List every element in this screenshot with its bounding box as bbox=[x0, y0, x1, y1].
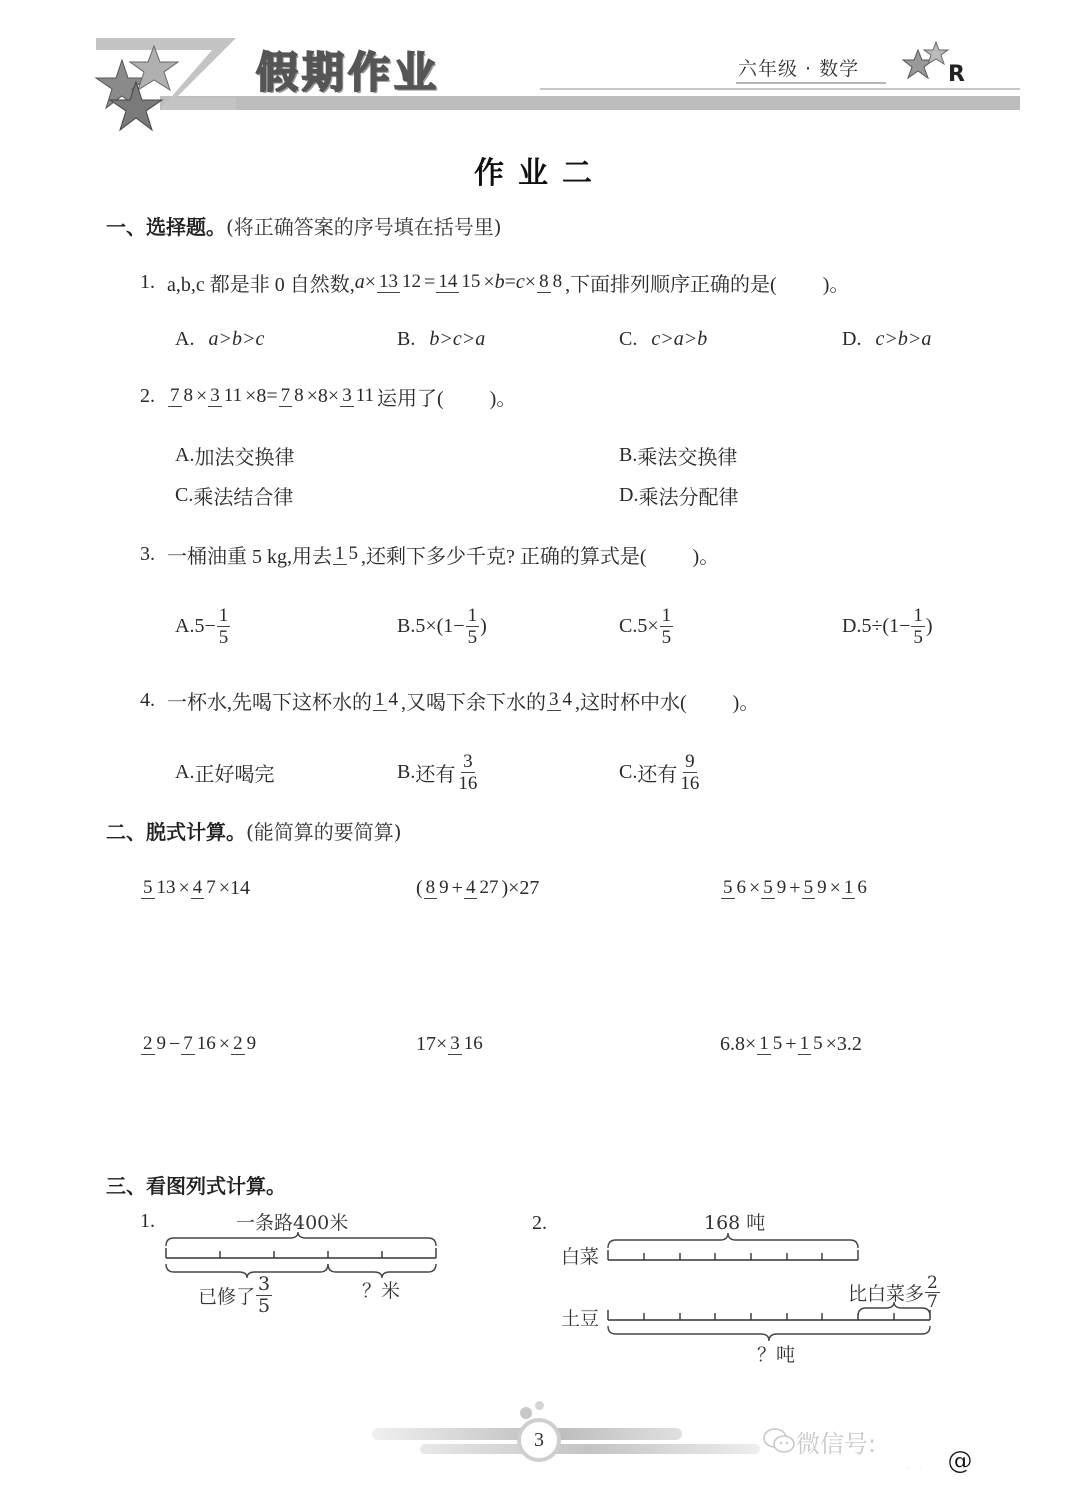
diagram1-unknown-label: ？米 bbox=[362, 1276, 400, 1303]
option-text: 5− bbox=[194, 615, 215, 638]
denominator: 4 bbox=[387, 689, 401, 710]
var-a: a bbox=[355, 271, 365, 294]
question-text: ,这时杯中水( bbox=[575, 686, 687, 715]
op: ×8 bbox=[245, 385, 266, 408]
section2-title: 二、脱式计算。 bbox=[106, 820, 246, 844]
section2-note: (能简算的要简算) bbox=[246, 820, 402, 844]
option-label: C. bbox=[619, 615, 637, 638]
fraction: 15 bbox=[217, 605, 231, 648]
calc-item-3[interactable]: 56×59+59×16 bbox=[720, 860, 870, 916]
q1-option-c[interactable]: C.c>a>b bbox=[619, 328, 707, 351]
wechat-icon bbox=[762, 1426, 796, 1456]
question-text: 一杯水,先喝下这杯水的 bbox=[167, 686, 372, 715]
option-text: 还有 bbox=[637, 758, 677, 787]
option-label: B. bbox=[619, 444, 637, 467]
footer-decor-bar bbox=[420, 1444, 760, 1454]
numerator: 1 bbox=[757, 1033, 771, 1055]
op: ×8× bbox=[307, 385, 340, 408]
op: + bbox=[789, 877, 800, 900]
diagram1-repaired-label: 已修了 35 bbox=[198, 1274, 273, 1317]
op: × bbox=[830, 877, 841, 900]
option-text: 5÷(1− bbox=[861, 615, 910, 638]
denominator: 15 bbox=[459, 271, 482, 292]
fraction: 15 bbox=[660, 605, 674, 648]
numerator: 7 bbox=[279, 385, 293, 407]
option-label: B. bbox=[397, 615, 415, 638]
denominator: 6 bbox=[735, 877, 749, 898]
denominator: 8 bbox=[551, 271, 565, 292]
fraction: 916 bbox=[678, 751, 701, 794]
option-value: 乘法分配律 bbox=[638, 481, 738, 510]
question-text: ,又喝下余下水的 bbox=[401, 686, 546, 715]
numerator: 9 bbox=[683, 751, 697, 773]
header-rule bbox=[540, 88, 1020, 90]
calc-item-6[interactable]: 6.8×15+15×3.2 bbox=[720, 1016, 862, 1072]
numerator: 3 bbox=[340, 385, 354, 407]
series-title: 假期作业 bbox=[256, 40, 440, 100]
numerator: 1 bbox=[911, 605, 925, 627]
question-close: )。 bbox=[733, 686, 760, 715]
numerator: 14 bbox=[436, 271, 459, 293]
option-label: B. bbox=[397, 328, 415, 351]
denominator: 5 bbox=[660, 627, 674, 648]
fraction: 78 bbox=[279, 385, 306, 407]
denominator: 9 bbox=[775, 877, 789, 898]
section1-heading: 一、选择题。(将正确答案的序号填在括号里) bbox=[106, 211, 502, 240]
denominator: 7 bbox=[204, 877, 218, 898]
page-number: 3 bbox=[517, 1418, 561, 1462]
denominator: 5 bbox=[811, 1033, 825, 1054]
numerator: 5 bbox=[721, 877, 735, 899]
wechat-watermark: 微信号: bbox=[796, 1424, 876, 1459]
small-star-icon bbox=[902, 40, 952, 86]
fraction: 15 bbox=[911, 605, 925, 648]
option-value: 乘法结合律 bbox=[193, 481, 293, 510]
q2-option-c[interactable]: C.乘法结合律 bbox=[175, 481, 293, 510]
denominator: 16 bbox=[195, 1033, 218, 1054]
numerator: 2 bbox=[231, 1033, 245, 1055]
op: ×3.2 bbox=[826, 1033, 862, 1056]
denominator: 5 bbox=[911, 627, 925, 648]
option-label: B. bbox=[397, 761, 415, 784]
numerator: 4 bbox=[191, 877, 205, 899]
op: 17× bbox=[416, 1033, 447, 1056]
denominator: 5 bbox=[347, 543, 361, 564]
option-value: c>b>a bbox=[875, 328, 931, 351]
q1-option-b[interactable]: B.b>c>a bbox=[397, 328, 485, 351]
question-text: ,还剩下多少千克? 正确的算式是( bbox=[361, 540, 647, 569]
diagram2-row1-label: 白菜 bbox=[561, 1242, 599, 1269]
fraction: 15 bbox=[333, 543, 360, 565]
option-label: D. bbox=[842, 615, 861, 638]
section1-title: 一、选择题。 bbox=[106, 215, 226, 239]
op: = bbox=[266, 385, 277, 408]
op: ×14 bbox=[219, 877, 250, 900]
fraction: 427 bbox=[464, 877, 501, 899]
op: = bbox=[424, 271, 435, 294]
q3-option-c[interactable]: C.5×15 bbox=[619, 598, 674, 654]
fraction: 88 bbox=[537, 271, 564, 293]
q3-option-d[interactable]: D.5÷(1−15) bbox=[842, 598, 933, 654]
edition-badge: R bbox=[948, 62, 965, 87]
numerator: 5 bbox=[802, 877, 816, 899]
diagram2-bar-model bbox=[600, 1228, 945, 1348]
op: × bbox=[219, 1033, 230, 1056]
q1-option-a[interactable]: A.a>b>c bbox=[175, 328, 264, 351]
denominator: 4 bbox=[561, 689, 575, 710]
option-value: 加法交换律 bbox=[194, 441, 294, 470]
fraction: 316 bbox=[456, 751, 479, 794]
fraction: 29 bbox=[141, 1033, 168, 1055]
question-number: 2. bbox=[140, 385, 155, 408]
option-label: C. bbox=[619, 328, 637, 351]
op: = bbox=[505, 271, 516, 294]
fraction: 47 bbox=[191, 877, 218, 899]
q3-option-a[interactable]: A.5−15 bbox=[175, 598, 231, 654]
option-text: ) bbox=[926, 615, 933, 638]
question-close: )。 bbox=[823, 268, 850, 297]
option-label: C. bbox=[175, 484, 193, 507]
numerator: 1 bbox=[466, 605, 480, 627]
numerator: 1 bbox=[842, 877, 856, 899]
section2-heading: 二、脱式计算。(能简算的要简算) bbox=[106, 816, 402, 845]
op: )×27 bbox=[501, 877, 539, 900]
numerator: 7 bbox=[168, 385, 182, 407]
fraction: 56 bbox=[721, 877, 748, 899]
question-text: a,b,c 都是非 0 自然数, bbox=[167, 268, 355, 297]
fraction: 34 bbox=[547, 689, 574, 711]
diagram1-total-label: 一条路400米 bbox=[236, 1208, 348, 1235]
question-2: 2. 78 × 311 ×8= 78 ×8× 311 运用了()。 bbox=[140, 368, 516, 424]
fraction: 78 bbox=[168, 385, 195, 407]
q4-option-c[interactable]: C.还有916 bbox=[619, 744, 702, 800]
op: + bbox=[785, 1033, 796, 1056]
op: × bbox=[179, 877, 190, 900]
denominator: 16 bbox=[462, 1033, 485, 1054]
option-text: 还有 bbox=[415, 758, 455, 787]
denominator: 5 bbox=[466, 627, 480, 648]
footer-decor-dot bbox=[520, 1407, 532, 1419]
grade-subject-label: 六年级 · 数学 bbox=[738, 54, 859, 81]
fraction: 15 bbox=[757, 1033, 784, 1055]
op: × bbox=[365, 271, 376, 294]
op: × bbox=[749, 877, 760, 900]
calc-item-1[interactable]: 513×47×14 bbox=[140, 860, 250, 916]
numerator: 7 bbox=[181, 1033, 195, 1055]
question-1: 1. a,b,c 都是非 0 自然数, a× 1312 = 1415 ×b=c×… bbox=[140, 254, 849, 310]
numerator: 5 bbox=[141, 877, 155, 899]
fraction: 15 bbox=[466, 605, 480, 648]
op: × bbox=[196, 385, 207, 408]
option-label: D. bbox=[842, 328, 861, 351]
q2-option-a[interactable]: A.加法交换律 bbox=[175, 441, 294, 470]
section3-heading: 三、看图列式计算。 bbox=[106, 1170, 286, 1199]
denominator: 9 bbox=[155, 1033, 169, 1054]
numerator: 1 bbox=[373, 689, 387, 711]
op: 6.8× bbox=[720, 1033, 756, 1056]
q4-option-a[interactable]: A.正好喝完 bbox=[175, 744, 274, 800]
diagram2-unknown-label: ？吨 bbox=[757, 1340, 795, 1367]
question-close: )。 bbox=[693, 540, 720, 569]
numerator: 1 bbox=[217, 605, 231, 627]
q2-option-d[interactable]: D.乘法分配律 bbox=[619, 481, 738, 510]
question-number: 1. bbox=[140, 271, 155, 294]
grade-underline bbox=[736, 82, 886, 84]
option-label: A. bbox=[175, 444, 194, 467]
option-value: b>c>a bbox=[429, 328, 485, 351]
numerator: 2 bbox=[141, 1033, 155, 1055]
numerator: 3 bbox=[547, 689, 561, 711]
star-cluster-icon bbox=[92, 42, 192, 132]
q4-option-b[interactable]: B.还有316 bbox=[397, 744, 480, 800]
footer-decor-dot bbox=[535, 1401, 544, 1410]
page-title: 作业二 bbox=[0, 148, 1080, 192]
fraction: 14 bbox=[373, 689, 400, 711]
denominator: 8 bbox=[292, 385, 306, 406]
fraction: 1415 bbox=[436, 271, 482, 293]
fraction: 59 bbox=[761, 877, 788, 899]
numerator: 4 bbox=[464, 877, 478, 899]
question-text: ,下面排列顺序正确的是( bbox=[565, 268, 777, 297]
section3-title: 三、看图列式计算。 bbox=[106, 1174, 286, 1198]
question-text: 一桶油重 5 kg,用去 bbox=[167, 540, 332, 569]
question-close: )。 bbox=[490, 382, 517, 411]
option-value: c>a>b bbox=[651, 328, 707, 351]
fraction: 89 bbox=[424, 877, 451, 899]
q2-option-b[interactable]: B.乘法交换律 bbox=[619, 441, 737, 470]
denominator: 9 bbox=[437, 877, 451, 898]
op: − bbox=[169, 1033, 180, 1056]
var-c: c bbox=[516, 271, 525, 294]
numerator: 3 bbox=[461, 751, 475, 773]
var-b: b bbox=[495, 271, 505, 294]
site-watermark: 头条 @东龙网 bbox=[886, 1440, 1051, 1477]
denominator: 5 bbox=[217, 627, 231, 648]
numerator: 13 bbox=[377, 271, 400, 293]
option-label: A. bbox=[175, 615, 194, 638]
question-4: 4. 一杯水,先喝下这杯水的 14 ,又喝下余下水的 34 ,这时杯中水()。 bbox=[140, 672, 759, 728]
denominator: 9 bbox=[245, 1033, 259, 1054]
denominator: 11 bbox=[354, 385, 376, 406]
fraction: 16 bbox=[842, 877, 869, 899]
op: + bbox=[452, 877, 463, 900]
fraction: 15 bbox=[798, 1033, 825, 1055]
denominator: 6 bbox=[855, 877, 869, 898]
fraction: 316 bbox=[448, 1033, 485, 1055]
numerator: 1 bbox=[660, 605, 674, 627]
numerator: 5 bbox=[761, 877, 775, 899]
denominator: 5 bbox=[771, 1033, 785, 1054]
numerator: 8 bbox=[537, 271, 551, 293]
q1-option-d[interactable]: D.c>b>a bbox=[842, 328, 931, 351]
denominator: 27 bbox=[477, 877, 500, 898]
fraction: 513 bbox=[141, 877, 178, 899]
calc-item-2[interactable]: (89+427)×27 bbox=[416, 860, 539, 916]
fraction: 716 bbox=[181, 1033, 218, 1055]
denominator: 5 bbox=[256, 1296, 272, 1317]
denominator: 16 bbox=[456, 773, 479, 794]
diagram2-row2-label: 土豆 bbox=[561, 1304, 599, 1331]
denominator: 9 bbox=[815, 877, 829, 898]
option-value: a>b>c bbox=[208, 328, 264, 351]
diagram1-number: 1. bbox=[140, 1210, 155, 1233]
option-text: 5× bbox=[637, 615, 658, 638]
question-text: 运用了( bbox=[377, 382, 444, 411]
label-text: 已修了 bbox=[198, 1282, 255, 1309]
question-number: 4. bbox=[140, 689, 155, 712]
denominator: 13 bbox=[155, 877, 178, 898]
option-text: 正好喝完 bbox=[194, 758, 274, 787]
fraction: 59 bbox=[802, 877, 829, 899]
option-text: ) bbox=[480, 615, 487, 638]
numerator: 3 bbox=[448, 1033, 462, 1055]
q3-option-b[interactable]: B.5×(1−15) bbox=[397, 598, 487, 654]
numerator: 1 bbox=[333, 543, 347, 565]
op: ( bbox=[416, 877, 423, 900]
numerator: 1 bbox=[798, 1033, 812, 1055]
fraction: 311 bbox=[340, 385, 376, 407]
op: × bbox=[525, 271, 536, 294]
numerator: 3 bbox=[208, 385, 222, 407]
fraction: 35 bbox=[256, 1274, 272, 1317]
op: × bbox=[483, 271, 494, 294]
question-3: 3. 一桶油重 5 kg,用去 15 ,还剩下多少千克? 正确的算式是()。 bbox=[140, 526, 719, 582]
option-label: A. bbox=[175, 328, 194, 351]
option-label: A. bbox=[175, 761, 194, 784]
denominator: 16 bbox=[678, 773, 701, 794]
numerator: 8 bbox=[424, 877, 438, 899]
fraction: 311 bbox=[208, 385, 244, 407]
section1-note: (将正确答案的序号填在括号里) bbox=[226, 215, 502, 239]
fraction: 1312 bbox=[377, 271, 423, 293]
denominator: 12 bbox=[400, 271, 423, 292]
calc-item-5[interactable]: 17×316 bbox=[416, 1016, 486, 1072]
denominator: 8 bbox=[182, 385, 196, 406]
question-number: 3. bbox=[140, 543, 155, 566]
numerator: 3 bbox=[256, 1274, 272, 1296]
calc-item-4[interactable]: 29−716×29 bbox=[140, 1016, 259, 1072]
option-value: 乘法交换律 bbox=[637, 441, 737, 470]
option-label: C. bbox=[619, 761, 637, 784]
denominator: 11 bbox=[222, 385, 244, 406]
diagram2-number: 2. bbox=[532, 1212, 547, 1235]
option-text: 5×(1− bbox=[415, 615, 464, 638]
option-label: D. bbox=[619, 484, 638, 507]
fraction: 29 bbox=[231, 1033, 258, 1055]
